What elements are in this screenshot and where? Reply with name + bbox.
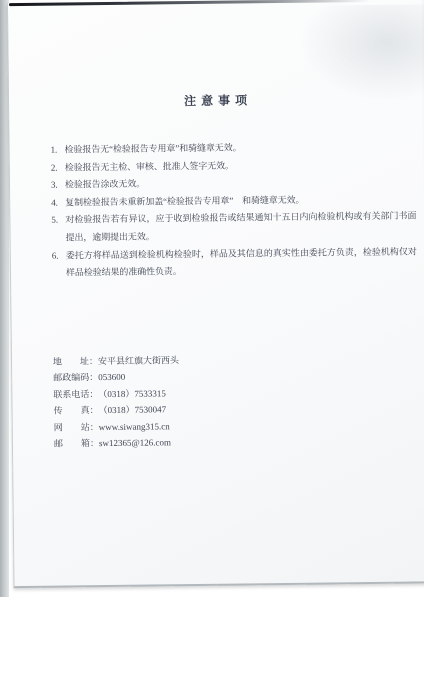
contact-value: www.siwang315.cn: [99, 418, 170, 435]
contact-value: 053600: [98, 369, 125, 386]
note-item-6: 6. 委托方将样品送到检验机构检验时，样品及其信息的真实性由委托方负责，检验机构…: [52, 243, 417, 282]
notes-list: 1. 检验报告无“检验报告专用章”和骑缝章无效。 2. 检验报告无主检、审核、批…: [51, 137, 418, 282]
paper-sheet: 注 意 事 项 1. 检验报告无“检验报告专用章”和骑缝章无效。 2. 检验报告…: [7, 0, 424, 588]
note-number: 3.: [51, 177, 65, 195]
contact-value: （0318）7533315: [98, 385, 166, 402]
contact-label: 地 址：: [53, 353, 98, 370]
contact-label: 邮政编码：: [53, 370, 98, 387]
note-number: 1.: [51, 141, 65, 159]
note-text: 对检验报告若有异议，应于收到检验报告或结果通知十五日内向检验机构或有关部门书面提…: [65, 208, 416, 247]
paper-top-right-shading: [302, 4, 424, 100]
note-number: 4.: [51, 194, 65, 212]
contact-label: 联系电话：: [53, 386, 98, 403]
contact-value: （0318）7530047: [98, 402, 166, 419]
contact-value: sw12365@126.com: [99, 434, 171, 451]
contact-label: 邮 箱：: [54, 435, 99, 452]
contact-value: 安平县红旗大街西头: [98, 352, 179, 369]
scanned-document: 注 意 事 项 1. 检验报告无“检验报告专用章”和骑缝章无效。 2. 检验报告…: [0, 0, 424, 700]
contact-label: 传 真：: [53, 402, 98, 419]
note-number: 2.: [51, 159, 65, 177]
note-number: 6.: [52, 247, 66, 282]
note-text: 委托方将样品送到检验机构检验时，样品及其信息的真实性由委托方负责，检验机构仅对样…: [66, 243, 417, 282]
note-item-5: 5. 对检验报告若有异议，应于收到检验报告或结果通知十五日内向检验机构或有关部门…: [51, 208, 416, 247]
page-title: 注 意 事 项: [9, 89, 423, 111]
contact-row-email: 邮 箱： sw12365@126.com: [54, 432, 397, 452]
contact-block: 地 址： 安平县红旗大街西头 邮政编码： 053600 联系电话： （0318）…: [53, 350, 397, 452]
note-number: 5.: [51, 212, 65, 247]
contact-label: 网 站：: [54, 419, 99, 436]
